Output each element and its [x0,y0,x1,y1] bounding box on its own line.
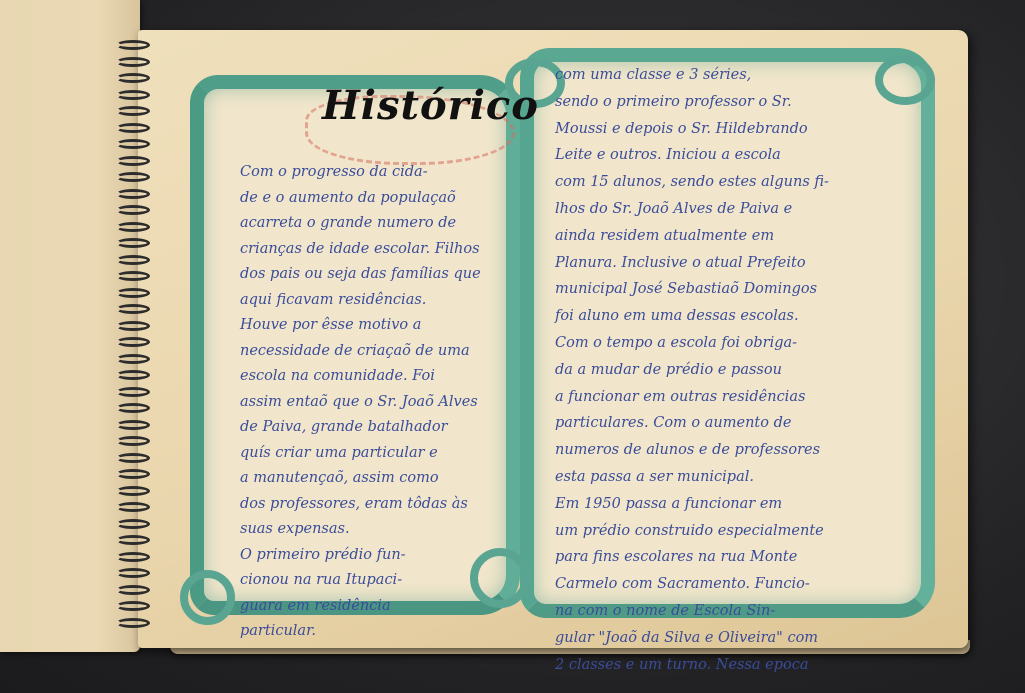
page-title: Histórico [322,82,539,129]
handwritten-line: gular "Joaõ da Silva e Oliveira" com [555,625,829,652]
spiral-ring [116,205,150,215]
spiral-ring [116,304,150,314]
spiral-ring [116,40,150,50]
handwritten-line: escola na comunidade. Foi [240,364,481,390]
spiral-ring [116,57,150,67]
handwritten-line: numeros de alunos e de professores [555,437,829,464]
handwritten-line: para fins escolares na rua Monte [555,544,829,571]
spiral-ring [116,370,150,380]
handwritten-line: Em 1950 passa a funcionar em [555,491,829,518]
handwritten-line: ainda residem atualmente em [555,223,829,250]
spiral-ring [116,156,150,166]
handwritten-line: quís criar uma particular e [240,441,481,467]
spiral-ring [116,453,150,463]
scroll-curl-bottom-left [180,570,235,625]
handwritten-line: de Paiva, grande batalhador [240,415,481,441]
spiral-ring [116,139,150,149]
scroll-curl-top-right [875,55,935,105]
spiral-ring [116,601,150,611]
handwritten-line: dos pais ou seja das famílias que [240,262,481,288]
handwritten-line: da a mudar de prédio e passou [555,357,829,384]
spiral-ring [116,172,150,182]
handwritten-line: cionou na rua Itupaci- [240,568,481,594]
handwritten-line: O primeiro prédio fun- [240,543,481,569]
spiral-ring [116,255,150,265]
handwritten-line: com uma classe e 3 séries, [555,62,829,89]
spiral-ring [116,436,150,446]
handwritten-line: foi aluno em uma dessas escolas. [555,303,829,330]
handwritten-line: particulares. Com o aumento de [555,410,829,437]
handwritten-line: com 15 alunos, sendo estes alguns fi- [555,169,829,196]
handwritten-line: Planura. Inclusive o atual Prefeito [555,250,829,277]
handwritten-line: sendo o primeiro professor o Sr. [555,89,829,116]
spiral-ring [116,189,150,199]
handwritten-line: suas expensas. [240,517,481,543]
spiral-binding [116,40,156,630]
spiral-ring [116,552,150,562]
handwritten-line: a funcionar em outras residências [555,384,829,411]
right-handwritten-text: com uma classe e 3 séries,sendo o primei… [555,62,829,678]
spiral-ring [116,403,150,413]
handwritten-line: municipal José Sebastiaõ Domingos [555,276,829,303]
spiral-ring [116,585,150,595]
spiral-ring [116,337,150,347]
handwritten-line: esta passa a ser municipal. [555,464,829,491]
spiral-ring [116,321,150,331]
spiral-ring [116,288,150,298]
handwritten-line: Leite e outros. Iniciou a escola [555,142,829,169]
handwritten-line: particular. [240,619,481,645]
handwritten-line: Com o tempo a escola foi obriga- [555,330,829,357]
spiral-ring [116,387,150,397]
handwritten-line: dos professores, eram tôdas às [240,492,481,518]
handwritten-line: um prédio construido especialmente [555,518,829,545]
spiral-ring [116,568,150,578]
spiral-ring [116,486,150,496]
spiral-ring [116,222,150,232]
handwritten-line: lhos do Sr. Joaõ Alves de Paiva e [555,196,829,223]
handwritten-line: na com o nome de Escola Sin- [555,598,829,625]
spiral-ring [116,420,150,430]
handwritten-line: Moussi e depois o Sr. Hildebrando [555,116,829,143]
handwritten-line: Com o progresso da cida- [240,160,481,186]
handwritten-line: Carmelo com Sacramento. Funcio- [555,571,829,598]
spiral-ring [116,90,150,100]
handwritten-line: crianças de idade escolar. Filhos [240,237,481,263]
spiral-ring [116,354,150,364]
handwritten-line: 2 classes e um turno. Nessa epoca [555,652,829,679]
spiral-ring [116,238,150,248]
handwritten-line: acarreta o grande numero de [240,211,481,237]
spiral-ring [116,502,150,512]
handwritten-line: a manutençaõ, assim como [240,466,481,492]
spiral-ring [116,535,150,545]
spiral-ring [116,519,150,529]
spiral-ring [116,123,150,133]
spiral-ring [116,271,150,281]
left-handwritten-text: Com o progresso da cida-de e o aumento d… [240,160,481,645]
handwritten-line: aqui ficavam residências. [240,288,481,314]
spiral-ring [116,106,150,116]
spiral-ring [116,469,150,479]
handwritten-line: de e o aumento da populaçaõ [240,186,481,212]
handwritten-line: Houve por êsse motivo a [240,313,481,339]
handwritten-line: necessidade de criaçaõ de uma [240,339,481,365]
handwritten-line: guara em residência [240,594,481,620]
spiral-ring [116,618,150,628]
handwritten-line: assim entaõ que o Sr. Joaõ Alves [240,390,481,416]
spiral-ring [116,73,150,83]
